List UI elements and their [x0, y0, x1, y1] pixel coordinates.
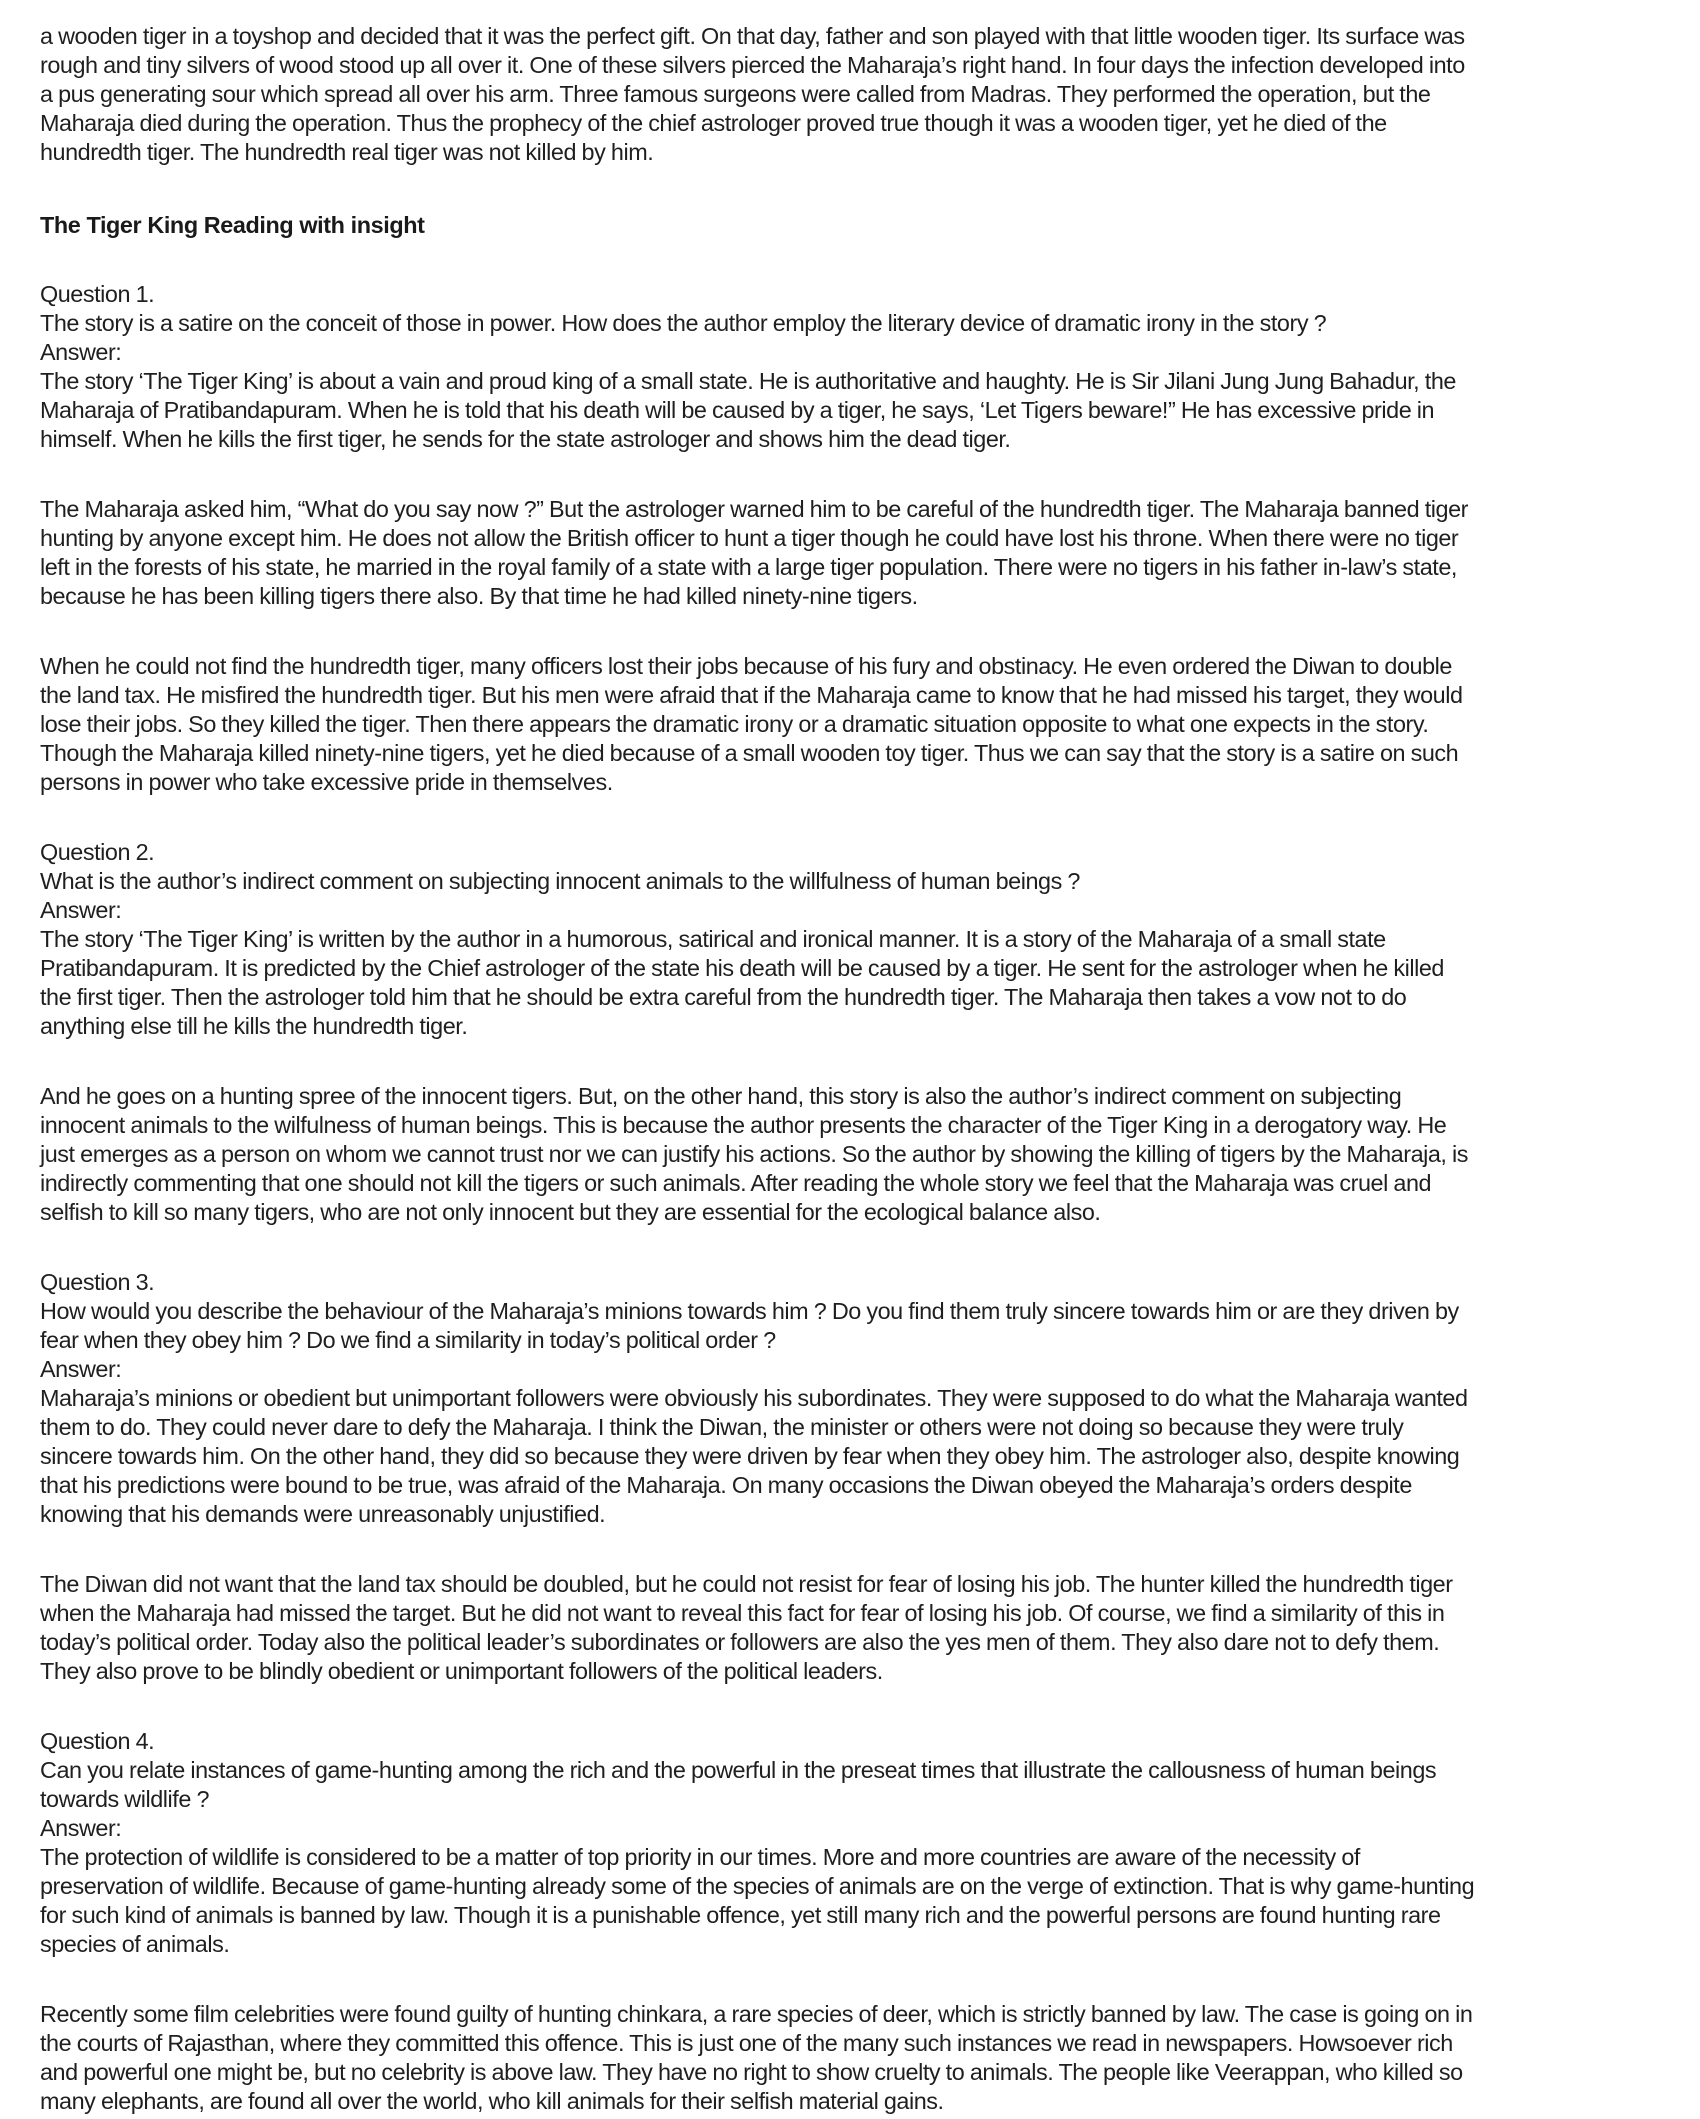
answer-label: Answer: [40, 1814, 1660, 1843]
spacer [40, 240, 1660, 280]
answer-paragraph: Maharaja’s minions or obedient but unimp… [40, 1384, 1660, 1529]
question-block-3: Question 3. How would you describe the b… [40, 1268, 1660, 1686]
answer-paragraph: The protection of wildlife is considered… [40, 1843, 1660, 1959]
question-block-4: Question 4. Can you relate instances of … [40, 1727, 1660, 2116]
question-label: Question 2. [40, 838, 1660, 867]
question-label: Question 4. [40, 1727, 1660, 1756]
answer-paragraph: Recently some film celebrities were foun… [40, 2000, 1660, 2116]
answer-label: Answer: [40, 1355, 1660, 1384]
spacer [40, 167, 1660, 211]
question-text: The story is a satire on the conceit of … [40, 309, 1660, 338]
spacer [40, 1041, 1660, 1082]
spacer [40, 1227, 1660, 1268]
spacer [40, 1686, 1660, 1727]
question-text: How would you describe the behaviour of … [40, 1297, 1660, 1355]
question-label: Question 3. [40, 1268, 1660, 1297]
spacer [40, 797, 1660, 838]
question-block-2: Question 2. What is the author’s indirec… [40, 838, 1660, 1227]
document-page: a wooden tiger in a toyshop and decided … [0, 0, 1700, 2116]
answer-paragraph: The story ‘The Tiger King’ is written by… [40, 925, 1660, 1041]
answer-paragraph: The story ‘The Tiger King’ is about a va… [40, 367, 1660, 454]
answer-paragraph: And he goes on a hunting spree of the in… [40, 1082, 1660, 1227]
spacer [40, 1959, 1660, 2000]
section-heading: The Tiger King Reading with insight [40, 211, 1660, 240]
answer-paragraph: The Diwan did not want that the land tax… [40, 1570, 1660, 1686]
spacer [40, 1529, 1660, 1570]
spacer [40, 454, 1660, 495]
question-text: Can you relate instances of game-hunting… [40, 1756, 1660, 1814]
intro-paragraph: a wooden tiger in a toyshop and decided … [40, 22, 1660, 167]
question-label: Question 1. [40, 280, 1660, 309]
question-block-1: Question 1. The story is a satire on the… [40, 280, 1660, 797]
spacer [40, 611, 1660, 652]
answer-paragraph: When he could not find the hundredth tig… [40, 652, 1660, 797]
answer-label: Answer: [40, 338, 1660, 367]
answer-paragraph: The Maharaja asked him, “What do you say… [40, 495, 1660, 611]
question-text: What is the author’s indirect comment on… [40, 867, 1660, 896]
answer-label: Answer: [40, 896, 1660, 925]
